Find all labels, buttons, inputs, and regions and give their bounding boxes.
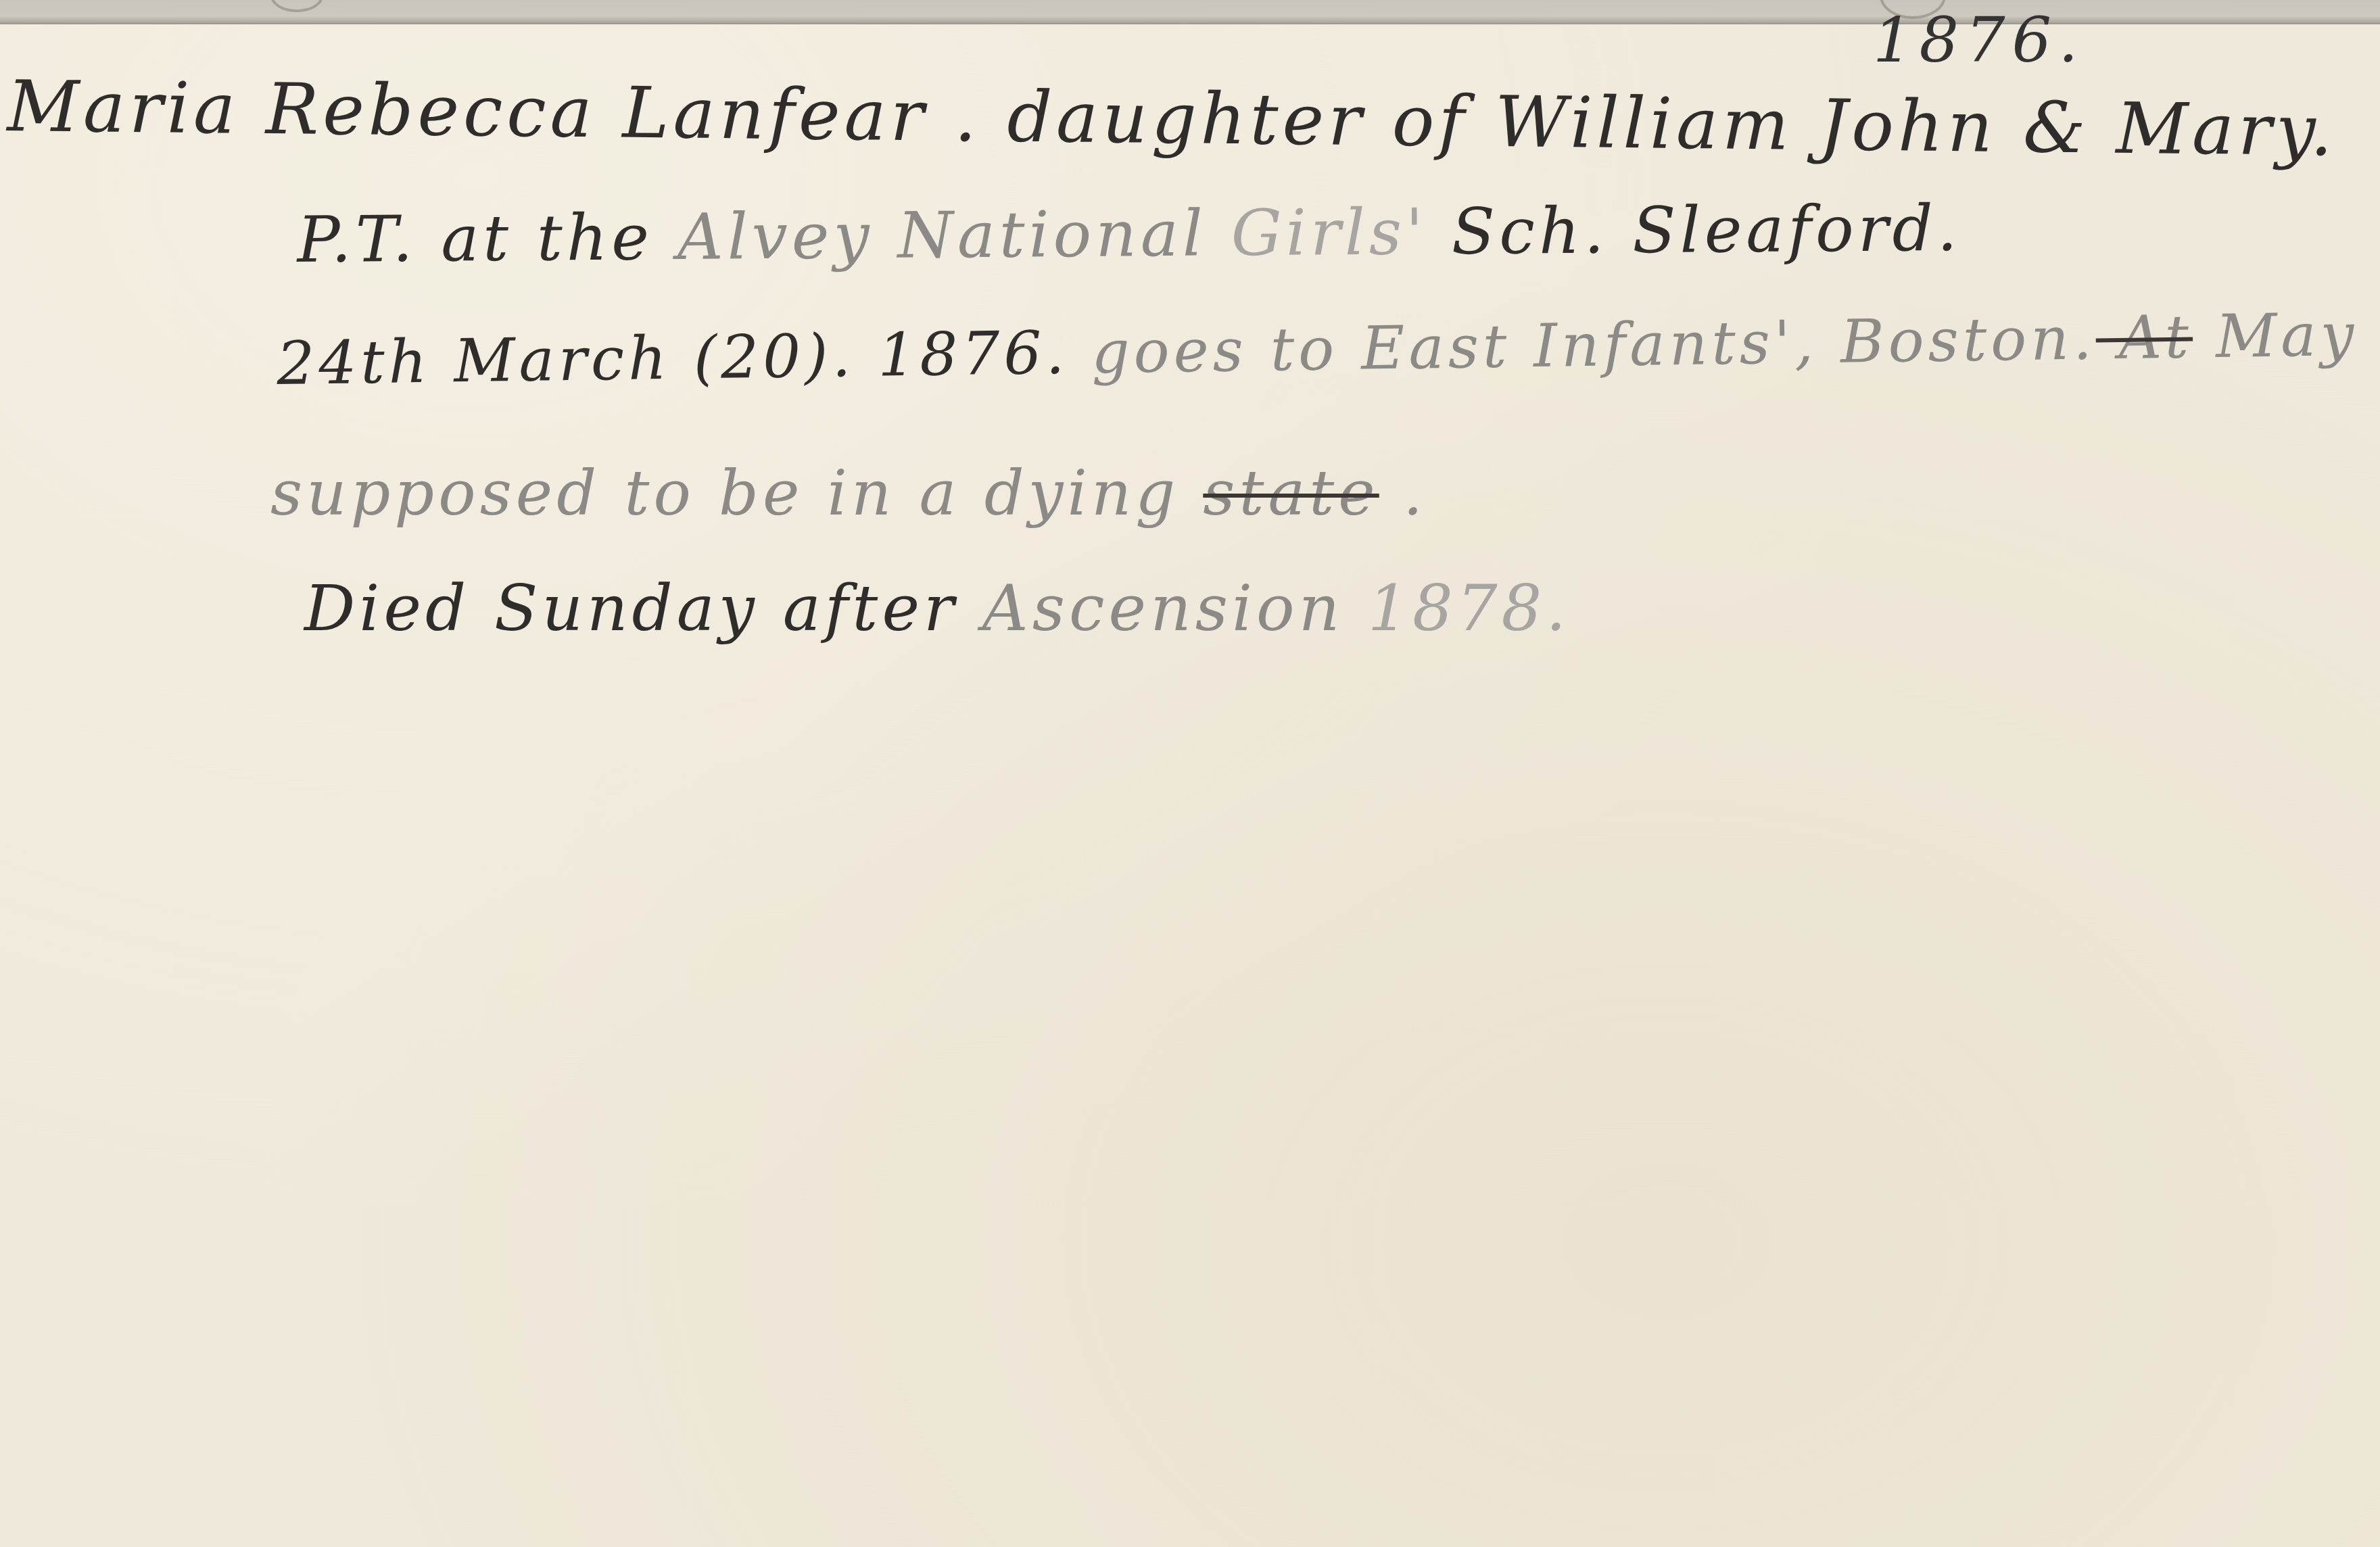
- entry-condition-line: supposed to be in a dying state .: [270, 457, 1427, 529]
- transfer-destination: goes to East Infants', Boston.: [1068, 303, 2097, 387]
- school-type: Girls': [1231, 195, 1452, 270]
- school-location: Sch. Sleaford.: [1451, 192, 1961, 269]
- death-text: Died Sunday after: [304, 572, 982, 646]
- person-name: Maria Rebecca Lanfear: [7, 65, 928, 157]
- transfer-date: 24th March (20). 1876.: [277, 318, 1069, 398]
- struck-word: state: [1203, 457, 1379, 529]
- register-page: 1876. Maria Rebecca Lanfear . daughter o…: [0, 24, 2380, 1547]
- feast-name: Ascension: [982, 572, 1343, 646]
- death-year: 1878.: [1343, 572, 1570, 646]
- position-prefix: P.T. at the: [297, 201, 677, 277]
- school-name: Alvey National: [677, 197, 1231, 275]
- year-header: 1876.: [1873, 4, 2085, 76]
- entry-death-line: Died Sunday after Ascension 1878.: [304, 572, 1570, 646]
- entry-transfer-line: 24th March (20). 1876. goes to East Infa…: [277, 297, 2380, 398]
- condition-period: .: [1379, 457, 1427, 529]
- entry-position-line: P.T. at the Alvey National Girls' Sch. S…: [297, 192, 1961, 277]
- condition-text: supposed to be in a dying: [270, 457, 1203, 529]
- entry-name-line: Maria Rebecca Lanfear . daughter of Will…: [7, 65, 2337, 172]
- struck-word: At: [2095, 302, 2193, 373]
- bleed-through-stroke: [270, 0, 323, 12]
- parentage: daughter of William John & Mary.: [1007, 75, 2337, 172]
- note-date: May '78: [2192, 297, 2380, 371]
- separator: .: [928, 74, 1007, 158]
